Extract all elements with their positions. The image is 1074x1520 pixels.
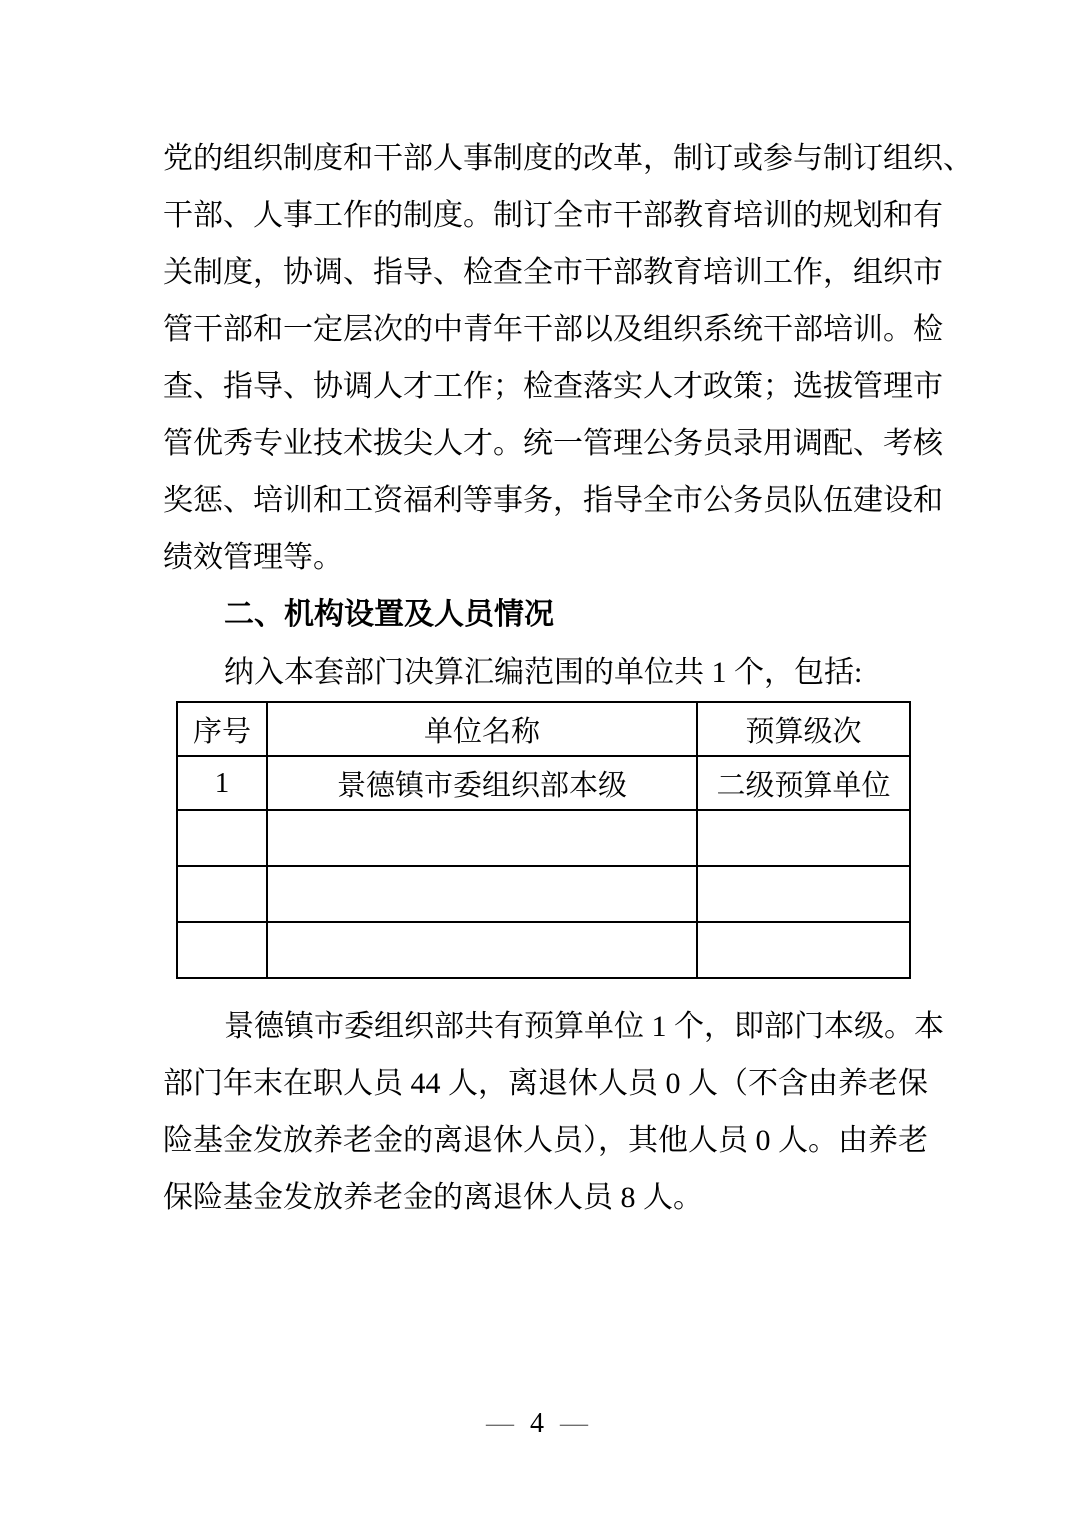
table-row [177,866,910,922]
header-cell-unit-name: 单位名称 [267,702,697,756]
header-cell-index: 序号 [177,702,267,756]
section-heading: 二、机构设置及人员情况 [163,586,916,644]
table-header-row: 序号 单位名称 预算级次 [177,702,910,756]
cell-index [177,810,267,866]
cell-unit-name: 景德镇市委组织部本级 [267,756,697,810]
cell-unit-name [267,866,697,922]
body-line: 查、指导、协调人才工作；检查落实人才政策；选拔管理市 [163,358,916,415]
cell-budget-level [697,810,910,866]
body-line: 部门年末在职人员 44 人，离退休人员 0 人（不含由养老保 [163,1055,916,1112]
cell-index [177,866,267,922]
body-line: 党的组织制度和干部人事制度的改革，制订或参与制订组织、 [163,130,916,187]
units-table: 序号 单位名称 预算级次 1 景德镇市委组织部本级 二级预算单位 [176,701,911,979]
intro-line: 纳入本套部门决算汇编范围的单位共 1 个，包括: [163,644,916,701]
page-number: 4 [530,1404,544,1444]
body-line: 管优秀专业技术拔尖人才。统一管理公务员录用调配、考核 [163,415,916,472]
table-row: 1 景德镇市委组织部本级 二级预算单位 [177,756,910,810]
body-line: 干部、人事工作的制度。制订全市干部教育培训的规划和有 [163,187,916,244]
paragraph-summary: 景德镇市委组织部共有预算单位 1 个，即部门本级。本 部门年末在职人员 44 人… [163,998,916,1226]
cell-budget-level [697,922,910,978]
cell-unit-name [267,922,697,978]
body-line: 保险基金发放养老金的离退休人员 8 人。 [163,1169,916,1226]
header-cell-budget-level: 预算级次 [697,702,910,756]
body-line: 关制度，协调、指导、检查全市干部教育培训工作，组织市 [163,244,916,301]
paragraph-continuation: 党的组织制度和干部人事制度的改革，制订或参与制订组织、 干部、人事工作的制度。制… [163,130,916,586]
footer-dash-right: — [560,1408,588,1439]
body-line: 奖惩、培训和工资福利等事务，指导全市公务员队伍建设和 [163,472,916,529]
cell-index: 1 [177,756,267,810]
body-line: 绩效管理等。 [163,529,916,586]
table-row [177,922,910,978]
cell-budget-level: 二级预算单位 [697,756,910,810]
cell-index [177,922,267,978]
cell-budget-level [697,866,910,922]
body-line: 管干部和一定层次的中青年干部以及组织系统干部培训。检 [163,301,916,358]
cell-unit-name [267,810,697,866]
page-footer: —4— [0,1404,1074,1444]
page-content: 党的组织制度和干部人事制度的改革，制订或参与制订组织、 干部、人事工作的制度。制… [163,130,916,1226]
body-line: 景德镇市委组织部共有预算单位 1 个，即部门本级。本 [163,998,916,1055]
body-line: 险基金发放养老金的离退休人员），其他人员 0 人。由养老 [163,1112,916,1169]
table-row [177,810,910,866]
footer-dash-left: — [486,1408,514,1439]
document-page: 党的组织制度和干部人事制度的改革，制订或参与制订组织、 干部、人事工作的制度。制… [0,0,1074,1520]
